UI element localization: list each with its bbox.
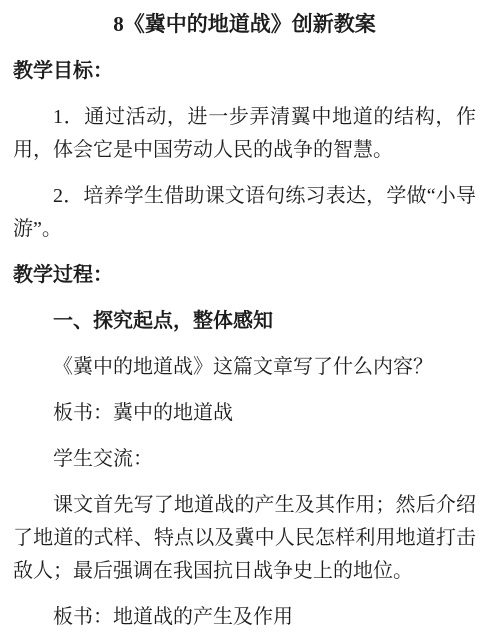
question-paragraph: 《冀中的地道战》这篇文章写了什么内容？ <box>13 351 476 384</box>
document-page: 8《冀中的地道战》创新教案 教学目标： 1．通过活动，进一步弄清翼中地道的结构，… <box>0 0 489 639</box>
section-heading-teaching-process: 教学过程： <box>13 259 476 292</box>
objective-item-2: 2．培养学生借助课文语句练习表达，学做“小导游”。 <box>13 180 476 246</box>
student-exchange-label: 学生交流： <box>13 443 476 476</box>
document-title: 8《冀中的地道战》创新教案 <box>13 8 476 41</box>
subsection-heading-step-one: 一、探究起点，整体感知 <box>13 305 476 338</box>
content-summary-paragraph: 课文首先写了地道战的产生及其作用；然后介绍了地道的式样、特点以及冀中人民怎样利用… <box>13 489 476 588</box>
section-heading-teaching-objectives: 教学目标： <box>13 55 476 88</box>
board-writing-summary: 板书：地道战的产生及作用 <box>13 601 476 634</box>
objective-item-1: 1．通过活动，进一步弄清翼中地道的结构，作用，体会它是中国劳动人民的战争的智慧。 <box>13 101 476 167</box>
board-writing-title: 板书：冀中的地道战 <box>13 397 476 430</box>
